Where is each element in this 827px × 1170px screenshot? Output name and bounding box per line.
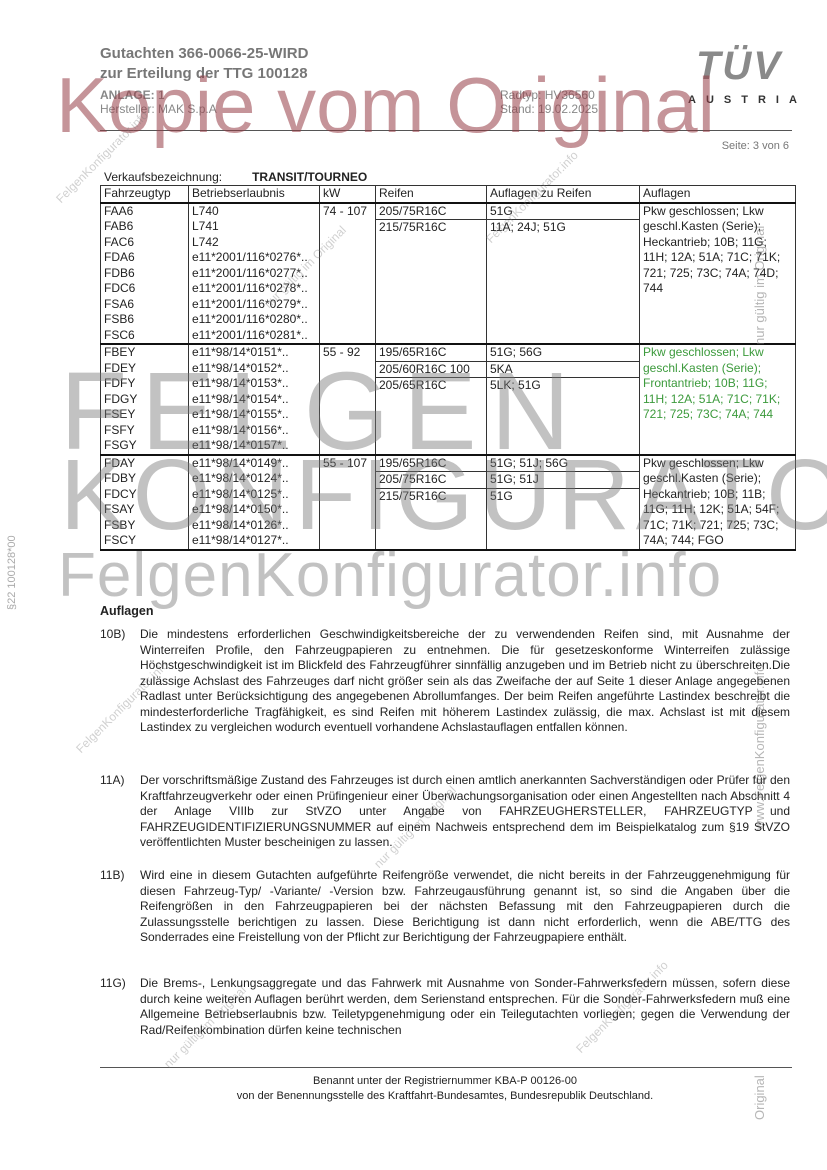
watermark-vertical: www.FelgenKonfigurator.info	[752, 665, 767, 830]
footer-line-1: Benannt unter der Registriernummer KBA-P…	[100, 1074, 790, 1089]
watermark-konfigurator: KONFIGURATOR	[60, 438, 827, 553]
cell-reifen: 205/75R16C215/75R16C	[376, 203, 487, 345]
col-reifen: Reifen	[376, 186, 487, 203]
note-text: Die mindestens erforderlichen Geschwindi…	[140, 627, 790, 736]
footer: Benannt unter der Registriernummer KBA-P…	[100, 1074, 790, 1104]
col-fahrzeugtyp: Fahrzeugtyp	[101, 186, 189, 203]
table-row: FAA6FAB6FAC6FDA6FDB6FDC6FSA6FSB6FSC6L740…	[101, 203, 796, 345]
note-text: Der vorschriftsmäßige Zustand des Fahrze…	[140, 773, 790, 851]
cell-fahrzeugtyp: FAA6FAB6FAC6FDA6FDB6FDC6FSA6FSB6FSC6	[101, 203, 189, 345]
note-text: Wird eine in diesem Gutachten aufgeführt…	[140, 868, 790, 946]
note-code: 10B)	[100, 627, 138, 643]
watermark-vertical: nur gültig im Original	[752, 226, 767, 345]
cell-kw: 74 - 107	[320, 203, 376, 345]
sales-name-label: Verkaufsbezeichnung:	[104, 170, 222, 184]
cell-auflagen: Pkw geschlossen; Lkw geschl.Kasten (Seri…	[640, 203, 796, 345]
col-kw: kW	[320, 186, 376, 203]
footer-line-2: von der Benennungsstelle des Kraftfahrt-…	[100, 1089, 790, 1104]
note-code: 11G)	[100, 976, 138, 992]
col-auflagen: Auflagen	[640, 186, 796, 203]
table-header-row: Fahrzeugtyp Betriebserlaubnis kW Reifen …	[101, 186, 796, 203]
sales-name: Verkaufsbezeichnung:TRANSIT/TOURNEO	[104, 170, 367, 184]
footer-divider	[100, 1067, 792, 1068]
watermark-site: FelgenKonfigurator.info	[58, 540, 722, 611]
watermark-kopie: Kopie vom Original	[56, 60, 715, 151]
note-10b: 10B) Die mindestens erforderlichen Gesch…	[100, 627, 790, 736]
page-number: Seite: 3 von 6	[722, 140, 789, 152]
col-betriebserlaubnis: Betriebserlaubnis	[189, 186, 320, 203]
note-code: 11B)	[100, 868, 138, 884]
col-auflagen-reifen: Auflagen zu Reifen	[487, 186, 640, 203]
note-11b: 11B) Wird eine in diesem Gutachten aufge…	[100, 868, 790, 946]
sales-name-value: TRANSIT/TOURNEO	[252, 170, 367, 184]
watermark-vertical: Original	[752, 1075, 767, 1120]
note-11a: 11A) Der vorschriftsmäßige Zustand des F…	[100, 773, 790, 851]
note-code: 11A)	[100, 773, 138, 789]
side-note: §22 100128*00	[6, 535, 18, 610]
